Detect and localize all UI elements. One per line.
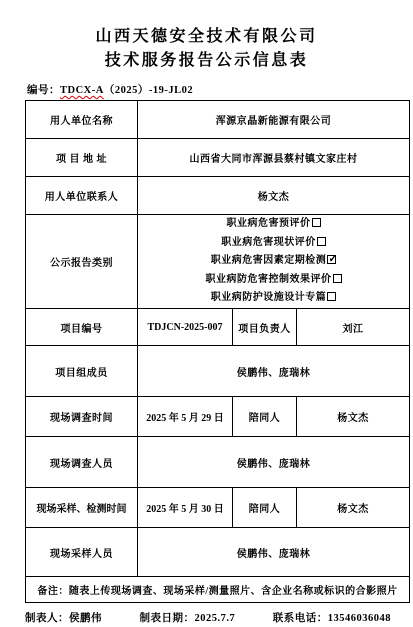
- project-leader-label: 项目负责人: [233, 309, 297, 346]
- table-row: 现场采样、检测时间 2025 年 5 月 30 日 陪同人 杨文杰: [26, 488, 410, 528]
- project-address-value: 山西省大同市浑源县蔡村镇文家庄村: [138, 139, 410, 177]
- survey-escort-value: 杨文杰: [297, 397, 410, 437]
- sampling-staff-label: 现场采样人员: [26, 528, 138, 577]
- employer-contact-value: 杨文杰: [138, 177, 410, 215]
- survey-staff-label: 现场调查人员: [26, 437, 138, 488]
- table-row: 公示报告类别 职业病危害预评价✓ 职业病危害现状评价✓ 职业病危害因素定期检测✓…: [26, 215, 410, 309]
- serial-label: 编号：: [27, 85, 60, 96]
- table-row: 项目编号 TDJCN-2025-007 项目负责人 刘江: [26, 309, 410, 346]
- project-no-value: TDJCN-2025-007: [138, 309, 233, 346]
- footer-line: 制表人：侯鹏伟 制表日期：2025.7.7 联系电话：13546036048: [25, 610, 391, 625]
- table-maker: 制表人：侯鹏伟: [25, 610, 102, 625]
- option-control-effect-evaluation: 职业病防危害控制效果评价✓: [140, 271, 407, 290]
- document-title: 山西天德安全技术有限公司 技术服务报告公示信息表: [0, 25, 413, 73]
- sampling-escort-label: 陪同人: [233, 488, 297, 528]
- check-mark-icon: ✓: [327, 253, 339, 265]
- employer-name-value: 浑源京晶新能源有限公司: [138, 101, 410, 139]
- serial-number-flagged: TDCX-A: [60, 85, 104, 96]
- sampling-staff-value: 侯鹏伟、庞瑞林: [138, 528, 410, 577]
- form-name: 技术服务报告公示信息表: [0, 49, 413, 73]
- table-row: 现场调查时间 2025 年 5 月 29 日 陪同人 杨文杰: [26, 397, 410, 437]
- table-row: 备注：随表上传现场调查、现场采样/测量照片、含企业名称或标识的合影照片: [26, 577, 410, 603]
- checkbox-icon[interactable]: ✓: [312, 218, 321, 227]
- serial-number-line: 编号：TDCX-A（2025）-19-JL02: [27, 82, 413, 97]
- contact-phone: 联系电话：13546036048: [273, 610, 391, 625]
- option-pre-evaluation: 职业病危害预评价✓: [140, 215, 407, 234]
- report-category-label: 公示报告类别: [26, 215, 138, 309]
- survey-staff-value: 侯鹏伟、庞瑞林: [138, 437, 410, 488]
- sampling-escort-value: 杨文杰: [297, 488, 410, 528]
- sampling-time-label: 现场采样、检测时间: [26, 488, 138, 528]
- project-team-label: 项目组成员: [26, 346, 138, 397]
- checkbox-icon[interactable]: ✓: [317, 237, 326, 246]
- project-no-label: 项目编号: [26, 309, 138, 346]
- company-name: 山西天德安全技术有限公司: [0, 25, 413, 49]
- report-category-options: 职业病危害预评价✓ 职业病危害现状评价✓ 职业病危害因素定期检测✓ 职业病防危害…: [138, 215, 410, 309]
- serial-number-rest: （2025）-19-JL02: [104, 85, 193, 96]
- table-row: 项 目 地 址 山西省大同市浑源县蔡村镇文家庄村: [26, 139, 410, 177]
- employer-contact-label: 用人单位联系人: [26, 177, 138, 215]
- option-periodic-testing: 职业病危害因素定期检测✓: [140, 252, 407, 271]
- project-team-value: 侯鹏伟、庞瑞林: [138, 346, 410, 397]
- sampling-time-value: 2025 年 5 月 30 日: [138, 488, 233, 528]
- survey-time-label: 现场调查时间: [26, 397, 138, 437]
- survey-time-value: 2025 年 5 月 29 日: [138, 397, 233, 437]
- table-row: 现场采样人员 侯鹏伟、庞瑞林: [26, 528, 410, 577]
- checkbox-icon[interactable]: ✓: [327, 292, 336, 301]
- table-row: 用人单位名称 浑源京晶新能源有限公司: [26, 101, 410, 139]
- survey-escort-label: 陪同人: [233, 397, 297, 437]
- table-row: 项目组成员 侯鹏伟、庞瑞林: [26, 346, 410, 397]
- table-row: 现场调查人员 侯鹏伟、庞瑞林: [26, 437, 410, 488]
- employer-name-label: 用人单位名称: [26, 101, 138, 139]
- table-row: 用人单位联系人 杨文杰: [26, 177, 410, 215]
- remark-note: 备注：随表上传现场调查、现场采样/测量照片、含企业名称或标识的合影照片: [26, 577, 410, 603]
- option-protection-facility-design: 职业病防护设施设计专篇✓: [140, 289, 407, 308]
- project-address-label: 项 目 地 址: [26, 139, 138, 177]
- option-status-evaluation: 职业病危害现状评价✓: [140, 234, 407, 253]
- project-leader-value: 刘江: [297, 309, 410, 346]
- checkbox-icon[interactable]: ✓: [333, 274, 342, 283]
- table-date: 制表日期：2025.7.7: [140, 610, 236, 625]
- checkbox-icon[interactable]: ✓: [327, 255, 336, 264]
- info-table: 用人单位名称 浑源京晶新能源有限公司 项 目 地 址 山西省大同市浑源县蔡村镇文…: [25, 100, 410, 603]
